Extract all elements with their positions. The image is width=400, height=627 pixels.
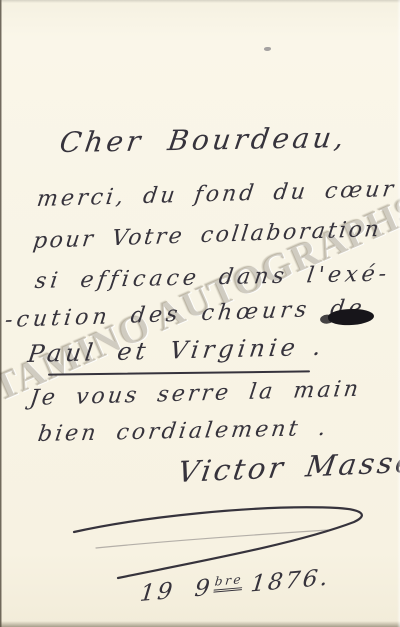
closing-line-cordialement: bien cordialement . — [36, 416, 330, 447]
flourish-understroke — [96, 530, 328, 548]
letter-line-efficace: si efficace dans l'exé- — [33, 262, 392, 294]
ink-speck — [264, 47, 271, 51]
date-day-month: 19 9 — [139, 575, 214, 607]
closing-line-serre: Je vous serre la main — [28, 377, 362, 411]
work-title-punctuation: . — [311, 333, 326, 361]
signature: Victor Massé. — [175, 444, 400, 489]
scan-edge-left — [0, 0, 2, 627]
scan-edge-bottom — [0, 621, 400, 627]
letter-line-merci: merci, du fond du cœur — [35, 177, 397, 212]
letter-page: TAMINO AUTOGRAPHS Cher Bourdeau, merci, … — [0, 0, 400, 627]
work-title: Paul et Virginie — [26, 333, 301, 368]
date-month-superscript: bre — [214, 572, 244, 592]
scribbled-out-word — [327, 307, 374, 326]
work-title-line: Paul et Virginie. — [26, 333, 327, 368]
salutation-line: Cher Bourdeau, — [58, 121, 350, 159]
scan-edge-top — [0, 0, 400, 3]
